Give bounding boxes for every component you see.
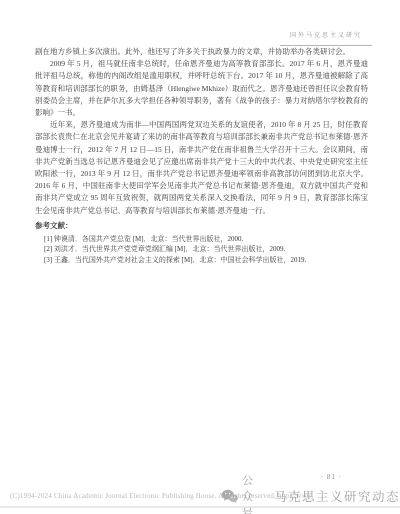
- watermark-separator: ·: [267, 492, 269, 500]
- references-section: 参考文献： [1] 钟谟清．各国共产党总览 [M]．北京：当代世界出版社，200…: [35, 220, 368, 265]
- references-heading: 参考文献：: [35, 220, 368, 231]
- reference-item: [1] 钟谟清．各国共产党总览 [M]．北京：当代世界出版社，2000.: [35, 234, 368, 244]
- scan-bottom-edge: [0, 506, 400, 508]
- wechat-icon: [221, 489, 238, 503]
- watermark: 公众号 · 马克思主义研究动态: [221, 487, 400, 505]
- watermark-account-name: 马克思主义研究动态: [274, 487, 400, 505]
- reference-item: [2] 刘洪才．当代世界共产党党章党纲汇编 [M]．北京：当代世界出版社，200…: [35, 244, 368, 254]
- article-body: 剧在地方乡镇上多次演出。此外，他还写了许多关于执政暴力的文章，并协助举办各类研讨…: [35, 46, 368, 217]
- running-head: 国外马克思主义研究: [280, 24, 372, 46]
- page-number: · 81 ·: [0, 473, 342, 481]
- journal-section-title: 国外马克思主义研究: [290, 33, 362, 39]
- reference-item: [3] 王鑫．当代国外共产党对社会主义的探索 [M]．北京：中国社会科学出版社，…: [35, 255, 368, 265]
- body-paragraph: 2009 年 5 月，祖马就任南非总统时，任命恩齐曼迪为高等教育部部长。2017…: [35, 58, 368, 119]
- body-paragraph: 剧在地方乡镇上多次演出。此外，他还写了许多关于执政暴力的文章，并协助举办各类研讨…: [35, 46, 368, 58]
- body-paragraph: 近年来，恩齐曼迪成为南非—中国两国两党双边关系的友谊使者，2010 年 8 月 …: [35, 119, 368, 217]
